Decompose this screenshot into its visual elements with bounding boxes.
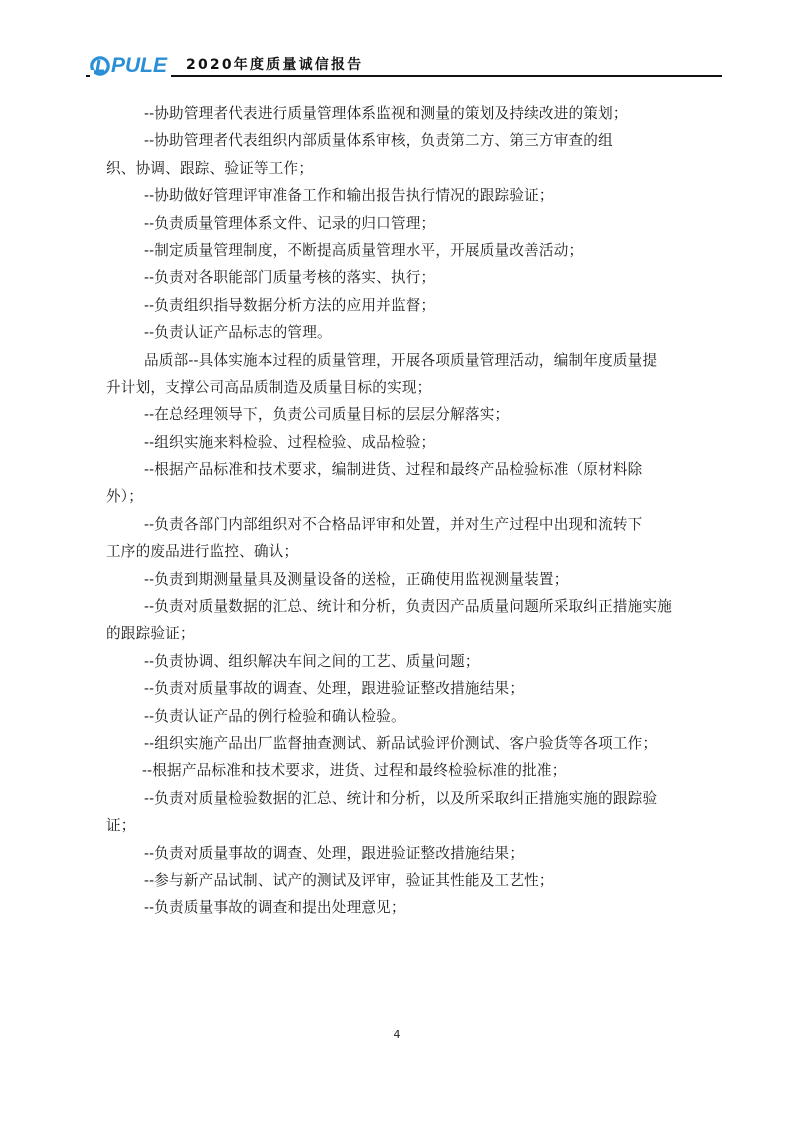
text-line: --参与新产品试制、试产的测试及评审，验证其性能及工艺性； <box>106 867 726 894</box>
text-line: --负责各部门内部组织对不合格品评审和处置，并对生产过程中出现和流转下 <box>106 511 726 538</box>
text-line: --负责协调、组织解决车间之间的工艺、质量问题； <box>106 648 726 675</box>
document-body: --协助管理者代表进行质量管理体系监视和测量的策划及持续改进的策划； --协助管… <box>106 100 726 922</box>
text-line: --协助做好管理评审准备工作和输出报告执行情况的跟踪验证； <box>106 182 726 209</box>
text-line: --负责对质量事故的调查、处理，跟进验证整改措施结果； <box>106 675 726 702</box>
text-line: --负责质量事故的调查和提出处理意见； <box>106 894 726 921</box>
text-line: --负责对质量事故的调查、处理，跟进验证整改措施结果； <box>106 840 726 867</box>
text-line: 工序的废品进行监控、确认； <box>106 538 726 565</box>
text-line: --负责认证产品标志的管理。 <box>106 319 726 346</box>
text-line: --根据产品标准和技术要求，编制进货、过程和最终产品检验标准（原材料除 <box>106 456 726 483</box>
logo-mark-icon <box>90 56 110 76</box>
text-line: --组织实施产品出厂监督抽查测试、新品试验评价测试、客户验货等各项工作； <box>106 730 726 757</box>
text-line: --负责组织指导数据分析方法的应用并监督； <box>106 292 726 319</box>
text-line: --制定质量管理制度，不断提高质量管理水平，开展质量改善活动； <box>106 237 726 264</box>
header-divider <box>86 75 722 77</box>
text-line: --负责对质量检验数据的汇总、统计和分析，以及所采取纠正措施实施的跟踪验 <box>106 785 726 812</box>
text-line: --协助管理者代表进行质量管理体系监视和测量的策划及持续改进的策划； <box>106 100 726 127</box>
text-line: --负责到期测量量具及测量设备的送检，正确使用监视测量装置； <box>106 566 726 593</box>
text-line: --在总经理领导下，负责公司质量目标的层层分解落实； <box>106 401 726 428</box>
text-line: --负责对质量数据的汇总、统计和分析，负责因产品质量问题所采取纠正措施实施 <box>106 593 726 620</box>
text-line: --负责对各职能部门质量考核的落实、执行； <box>106 264 726 291</box>
text-line: --负责质量管理体系文件、记录的归口管理； <box>106 210 726 237</box>
logo-text: PULE <box>111 55 167 77</box>
text-line: 的跟踪验证； <box>106 620 726 647</box>
text-line: 证； <box>106 812 726 839</box>
text-line: --协助管理者代表组织内部质量体系审核，负责第二方、第三方审查的组 <box>106 127 726 154</box>
section-paragraph-quality-dept: 品质部--具体实施本过程的质量管理，开展各项质量管理活动，编制年度质量提 <box>106 347 726 374</box>
company-logo: PULE <box>90 55 171 77</box>
text-line: --根据产品标准和技术要求，进货、过程和最终检验标准的批准； <box>106 757 726 784</box>
text-line: 升计划，支撑公司高品质制造及质量目标的实现； <box>106 374 726 401</box>
text-line: 外）； <box>106 483 726 510</box>
text-line: 织、协调、跟踪、验证等工作； <box>106 155 726 182</box>
document-title: 2020年度质量诚信报告 <box>186 56 363 74</box>
page-number: 4 <box>0 1028 794 1041</box>
text-line: --组织实施来料检验、过程检验、成品检验； <box>106 429 726 456</box>
text-line: --负责认证产品的例行检验和确认检验。 <box>106 703 726 730</box>
